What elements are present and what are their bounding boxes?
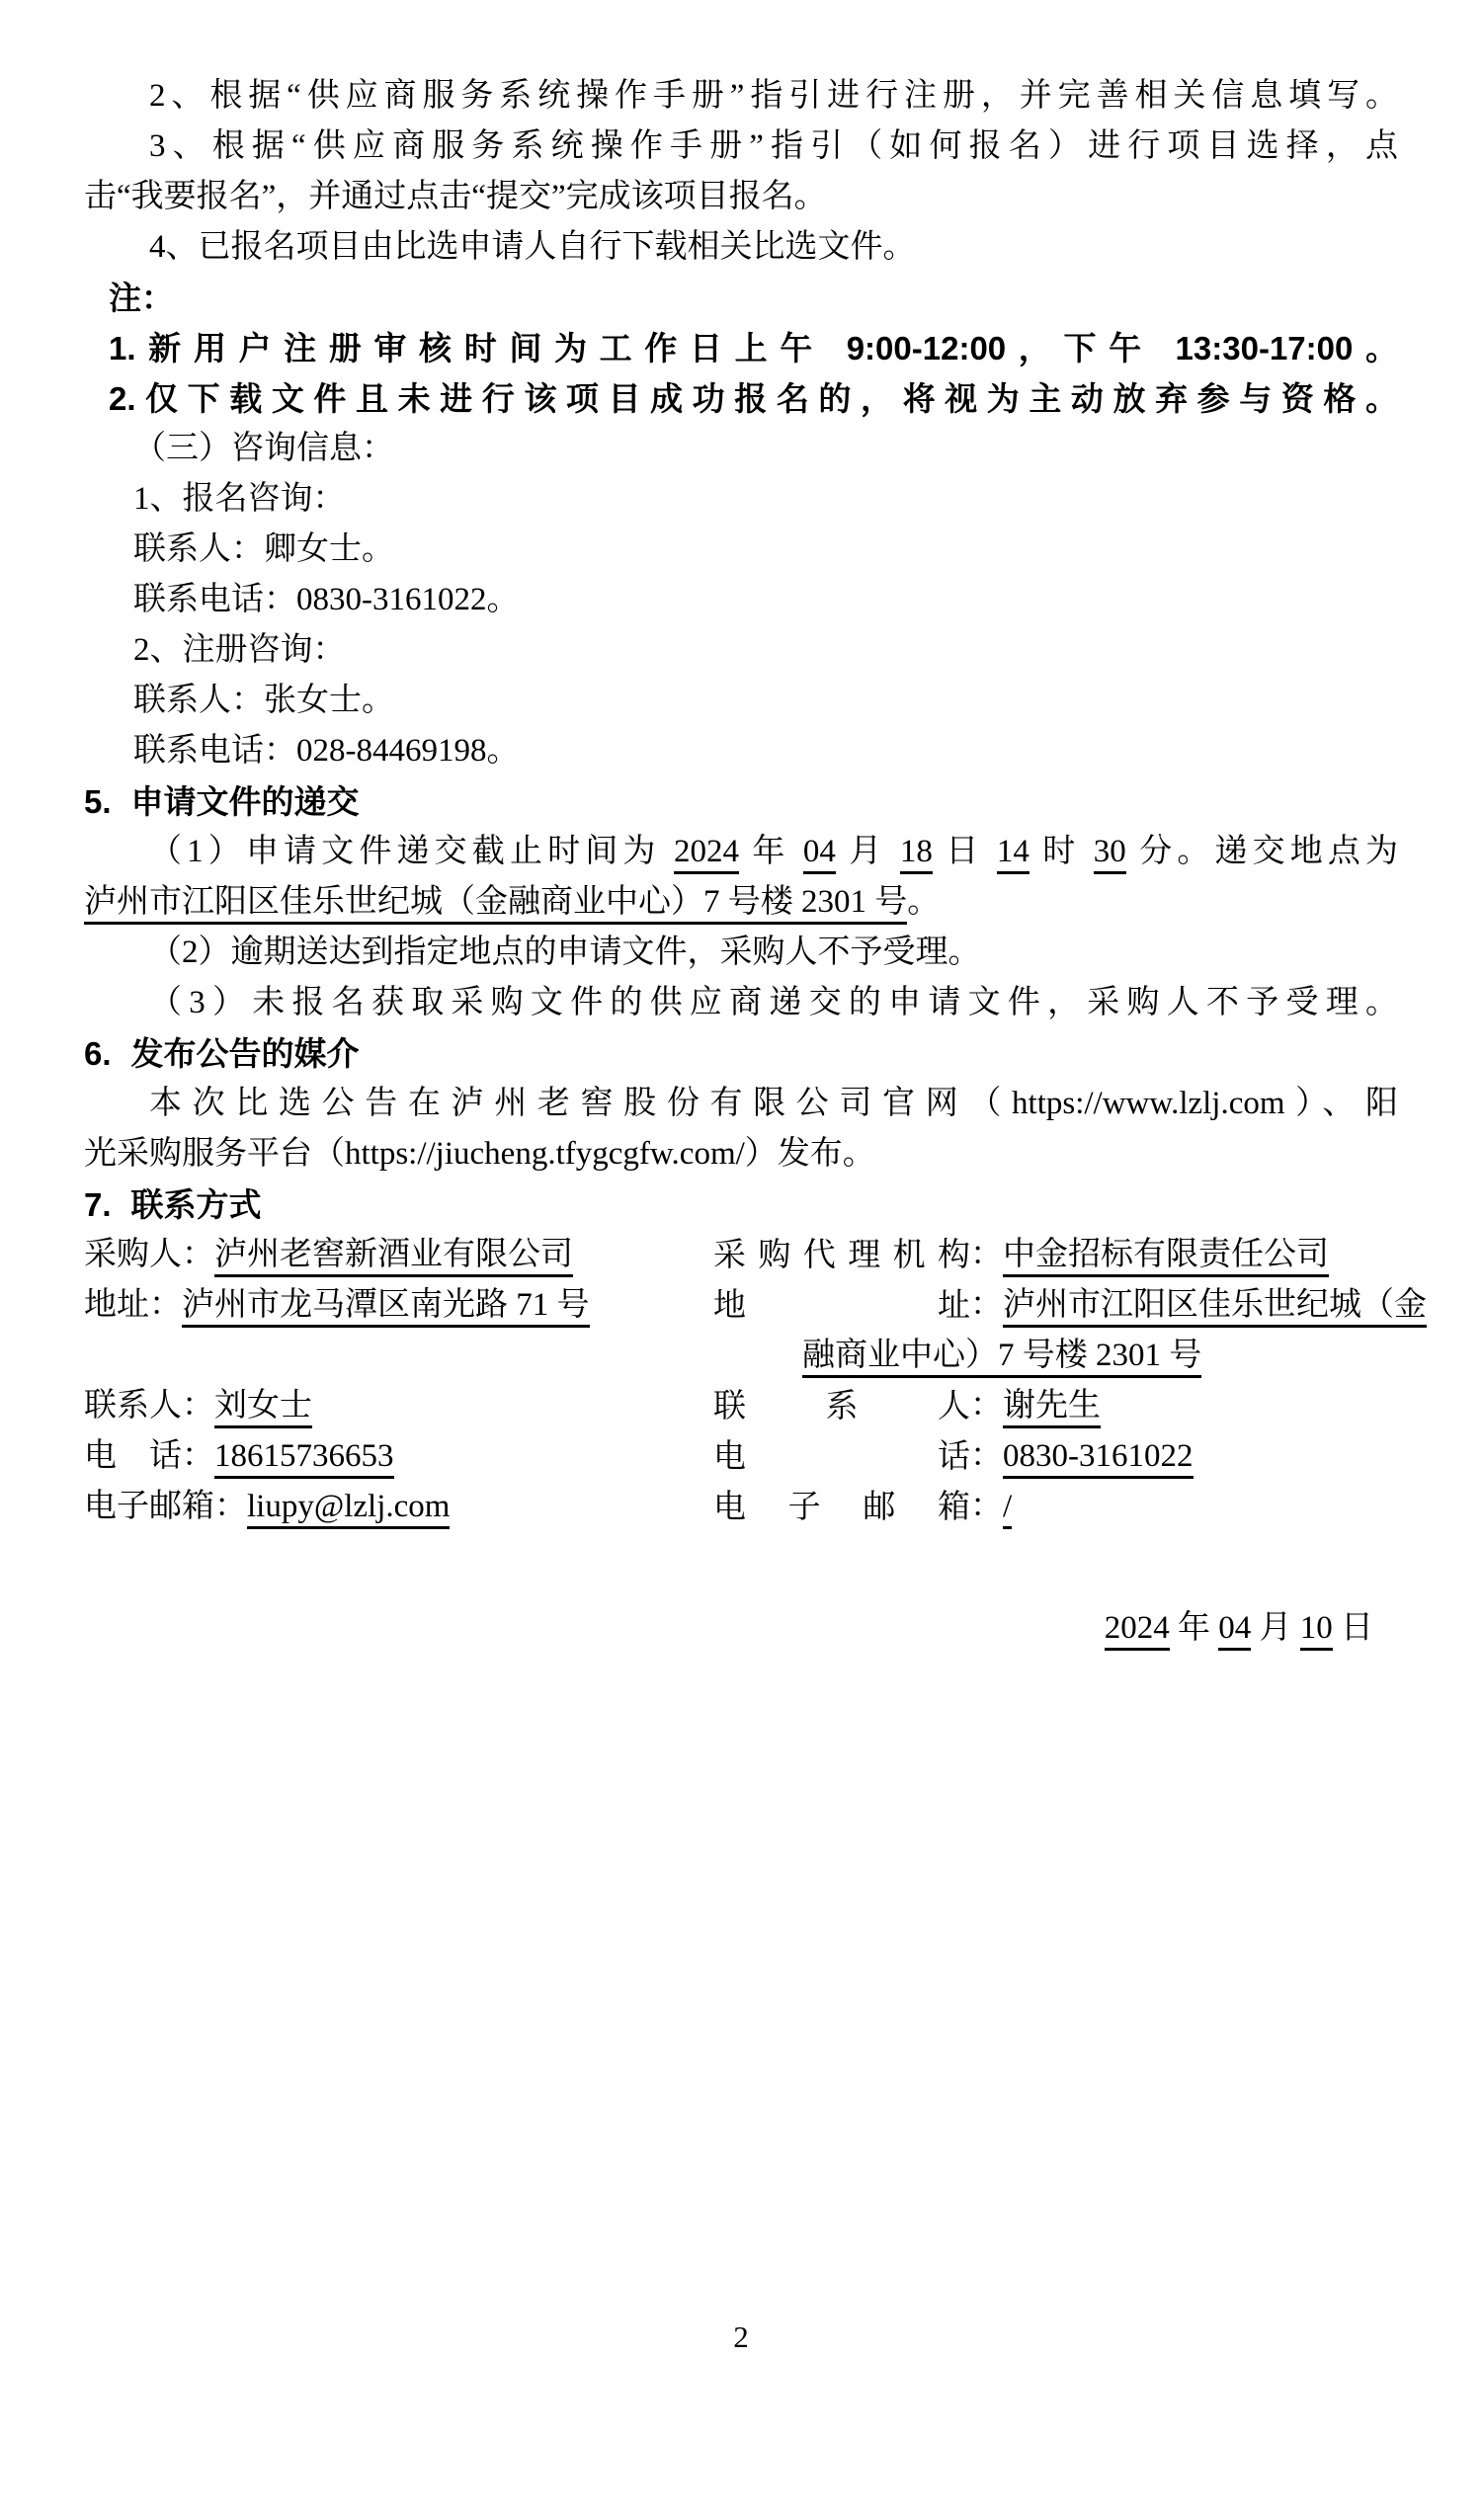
- agency-address-label: 地址: [713, 1281, 970, 1332]
- agency-phone-colon: ：: [970, 1438, 1003, 1474]
- underlined-text: 30: [1094, 834, 1126, 874]
- para-download-step4: 4、已报名项目由比选申请人自行下载相关比选文件。: [84, 222, 1398, 273]
- para-submission-address: 泸州市江阳区佳乐世纪城（金融商业中心）7 号楼 2301 号。: [84, 877, 1398, 928]
- underlined-text: 2024: [1105, 1610, 1170, 1651]
- note-item-1: 1.新用户注册审核时间为工作日上午 9:00-12:00，下午 13:30-17…: [84, 323, 1398, 373]
- para-unregistered-rule: （3）未报名获取采购文件的供应商递交的申请文件，采购人不予受理。: [84, 978, 1398, 1028]
- agency-email-row: 电子邮箱：/: [713, 1482, 1427, 1532]
- purchaser-address-label: 地址：: [84, 1287, 182, 1323]
- purchaser-value: 泸州老窖新酒业有限公司: [214, 1237, 573, 1277]
- section7-heading: 7.联系方式: [84, 1179, 1398, 1230]
- agency-contact-label: 联系人: [713, 1382, 970, 1432]
- agency-email-colon: ：: [970, 1489, 1003, 1524]
- purchaser-empty-row: [84, 1331, 713, 1381]
- section6-number: 6.: [84, 1028, 112, 1079]
- purchaser-email-label: 电子邮箱：: [84, 1489, 247, 1524]
- agency-email-label: 电子邮箱: [713, 1483, 970, 1533]
- underlined-text: 04: [803, 834, 836, 874]
- underlined-text: 18: [900, 834, 933, 874]
- document-body: 2、根据“供应商服务系统操作手册”指引进行注册，并完善相关信息填写。 3、根据“…: [0, 0, 1482, 1654]
- document-page: 2、根据“供应商服务系统操作手册”指引进行注册，并完善相关信息填写。 3、根据“…: [0, 0, 1482, 2520]
- section5-heading: 5.申请文件的递交: [84, 776, 1398, 827]
- purchaser-contact-label: 联系人：: [84, 1388, 214, 1423]
- para-signup-step3-line2: 击“我要报名”，并通过点击“提交”完成该项目报名。: [84, 172, 1398, 222]
- section6-heading: 6.发布公告的媒介: [84, 1028, 1398, 1079]
- purchaser-contact-row: 联系人：刘女士: [84, 1381, 713, 1431]
- plain-text: 年: [1170, 1610, 1219, 1646]
- agency-address-cont-row: 融商业中心）7 号楼 2301 号: [713, 1331, 1427, 1381]
- agency-phone-label: 电话: [713, 1432, 970, 1483]
- purchaser-address-row: 地址：泸州市龙马潭区南光路 71 号: [84, 1280, 713, 1331]
- consult-signup-heading: 1、报名咨询：: [84, 474, 1398, 525]
- agency-address-row: 地址：泸州市江阳区佳乐世纪城（金: [713, 1280, 1427, 1331]
- announcement-date: 2024 年 04 月 10 日: [84, 1603, 1398, 1654]
- agency-address-value-line2: 融商业中心）7 号楼 2301 号: [802, 1338, 1201, 1378]
- purchaser-phone-row: 电 话：18615736653: [84, 1431, 713, 1482]
- agency-value: 中金招标有限责任公司: [1003, 1237, 1329, 1277]
- section7-title: 联系方式: [131, 1186, 262, 1223]
- purchaser-row: 采购人：泸州老窖新酒业有限公司: [84, 1230, 713, 1280]
- underlined-text: 10: [1300, 1610, 1333, 1651]
- agency-row: 采购代理机构：中金招标有限责任公司: [713, 1230, 1427, 1280]
- para-overdue-rule: （2）逾期送达到指定地点的申请文件，采购人不予受理。: [84, 928, 1398, 978]
- agency-address-value-line1: 泸州市江阳区佳乐世纪城（金: [1003, 1287, 1427, 1328]
- agency-colon: ：: [970, 1237, 1003, 1272]
- consult-signup-phone: 联系电话：0830-3161022。: [84, 575, 1398, 625]
- purchaser-phone-label: 电 话：: [84, 1438, 214, 1474]
- agency-column: 采购代理机构：中金招标有限责任公司 地址：泸州市江阳区佳乐世纪城（金 融商业中心…: [713, 1230, 1427, 1532]
- underlined-text: 2024: [674, 834, 739, 874]
- para-media-line2: 光采购服务平台（https://jiucheng.tfygcgfw.com/）发…: [84, 1129, 1398, 1179]
- agency-email-value: /: [1003, 1489, 1012, 1529]
- plain-text: 日: [933, 834, 997, 869]
- purchaser-address-value: 泸州市龙马潭区南光路 71 号: [182, 1287, 590, 1328]
- agency-contact-value: 谢先生: [1003, 1388, 1101, 1428]
- plain-text: （1）申请文件递交截止时间为: [149, 834, 674, 869]
- agency-contact-colon: ：: [970, 1388, 1003, 1423]
- underlined-text: 04: [1218, 1610, 1251, 1651]
- para-register-step2: 2、根据“供应商服务系统操作手册”指引进行注册，并完善相关信息填写。: [84, 71, 1398, 122]
- section5-title: 申请文件的递交: [131, 783, 360, 820]
- para-submission-deadline: （1）申请文件递交截止时间为 2024 年 04 月 18 日 14 时 30 …: [84, 827, 1398, 877]
- consult-register-heading: 2、注册咨询：: [84, 625, 1398, 676]
- note-item-2: 2.仅下载文件且未进行该项目成功报名的，将视为主动放弃参与资格。: [84, 373, 1398, 424]
- plain-text: 时: [1029, 834, 1094, 869]
- plain-text: 年: [739, 834, 803, 869]
- section7-number: 7.: [84, 1179, 112, 1230]
- section5-number: 5.: [84, 776, 112, 827]
- agency-contact-row: 联系人：谢先生: [713, 1381, 1427, 1431]
- note-label: 注：: [84, 273, 1398, 323]
- underlined-text: 泸州市江阳区佳乐世纪城（金融商业中心）7 号楼 2301 号: [84, 884, 907, 925]
- purchaser-phone-value: 18615736653: [214, 1438, 394, 1479]
- para-signup-step3-line1: 3、根据“供应商服务系统操作手册”指引（如何报名）进行项目选择，点: [84, 122, 1398, 172]
- underlined-text: 14: [997, 834, 1029, 874]
- consult-signup-contact: 联系人：卿女士。: [84, 525, 1398, 575]
- purchaser-email-value: liupy@lzlj.com: [247, 1489, 450, 1529]
- page-number: 2: [0, 2317, 1482, 2357]
- plain-text: 月: [1251, 1610, 1300, 1646]
- purchaser-label: 采购人：: [84, 1237, 214, 1272]
- para-media-line1: 本次比选公告在泸州老窖股份有限公司官网（https://www.lzlj.com…: [84, 1079, 1398, 1129]
- purchaser-email-row: 电子邮箱：liupy@lzlj.com: [84, 1482, 713, 1532]
- plain-text: 分。递交地点为: [1126, 834, 1398, 869]
- agency-label: 采购代理机构: [713, 1231, 970, 1281]
- consult-register-contact: 联系人：张女士。: [84, 676, 1398, 726]
- purchaser-column: 采购人：泸州老窖新酒业有限公司 地址：泸州市龙马潭区南光路 71 号 联系人：刘…: [84, 1230, 713, 1532]
- agency-address-colon: ：: [970, 1287, 1003, 1323]
- consult-register-phone: 联系电话：028-84469198。: [84, 726, 1398, 776]
- section6-title: 发布公告的媒介: [131, 1035, 360, 1072]
- plain-text: 月: [836, 834, 900, 869]
- plain-text: 。: [907, 884, 940, 920]
- consult-heading: （三）咨询信息：: [84, 424, 1398, 474]
- agency-phone-row: 电话：0830-3161022: [713, 1431, 1427, 1482]
- agency-phone-value: 0830-3161022: [1003, 1438, 1194, 1479]
- purchaser-contact-value: 刘女士: [214, 1388, 312, 1428]
- plain-text: 日: [1333, 1610, 1373, 1646]
- contact-block: 采购人：泸州老窖新酒业有限公司 地址：泸州市龙马潭区南光路 71 号 联系人：刘…: [84, 1230, 1398, 1532]
